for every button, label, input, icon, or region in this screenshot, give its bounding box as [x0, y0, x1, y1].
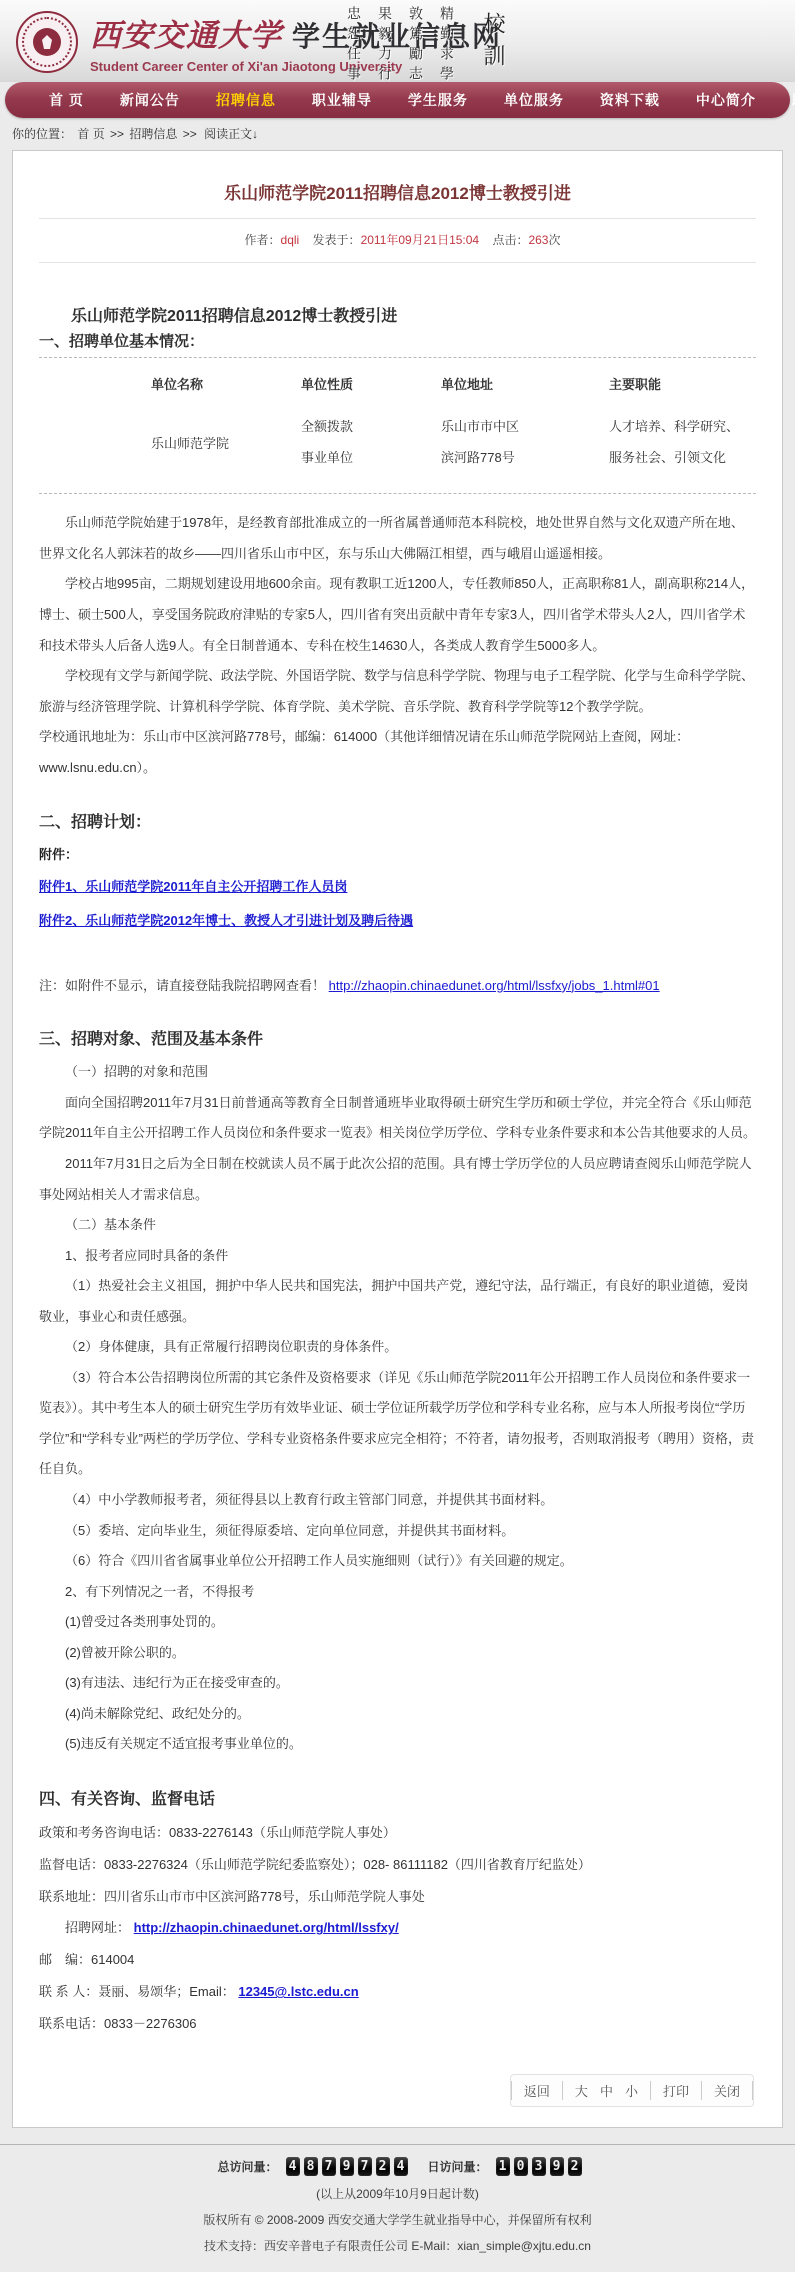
paragraph: 乐山师范学院始建于1978年，是经教育部批准成立的一所省属普通师范本科院校，地处… [39, 508, 756, 569]
daily-visits-label: 日访问量： [428, 2158, 488, 2175]
contact-line: 政策和考务咨询电话：0833-2276143（乐山师范学院人事处） [39, 1817, 756, 1849]
paragraph: 1、报考者应同时具备的条件 [39, 1241, 756, 1272]
cell-unit-name: 乐山师范学院 [151, 411, 301, 473]
paragraph: （2）身体健康，具有正常履行招聘岗位职责的身体条件。 [39, 1332, 756, 1363]
paragraph: (4)尚未解除党纪、政纪处分的。 [39, 1699, 756, 1730]
motto-column: 敦篤勵志 [405, 6, 425, 82]
breadcrumb-prefix: 你的位置： [12, 127, 72, 141]
motto-column: 精勤求學 [436, 6, 456, 82]
section3-heading: 三、招聘对象、范围及基本条件 [39, 1026, 756, 1049]
sub-heading: （一）招聘的对象和范围 [39, 1057, 756, 1088]
contact-line: 联系地址：四川省乐山市市中区滨河路778号，乐山师范学院人事处 [39, 1881, 756, 1913]
date-value: 2011年09月21日15:04 [361, 233, 480, 247]
hits-label: 点击： [492, 233, 528, 247]
nav-item-jobs[interactable]: 招聘信息 [198, 90, 294, 110]
sub-heading: （二）基本条件 [39, 1210, 756, 1241]
cell-line: 滨河路778号 [441, 442, 609, 473]
article-meta: 作者：dqli 发表于：2011年09月21日15:04 点击：263次 [39, 231, 756, 248]
paragraph: (3)有违法、违纪行为正在接受审查的。 [39, 1668, 756, 1699]
counter-digit: 9 [550, 2157, 564, 2176]
hits-suffix: 次 [548, 233, 560, 247]
counter-digit: 2 [376, 2157, 390, 2176]
breadcrumb: 你的位置： 首 页 >> 招聘信息 >> 阅读正文↓ [0, 118, 795, 148]
paragraph: 面向全国招聘2011年7月31日前普通高等教育全日制普通班毕业取得硕士研究生学历… [39, 1088, 756, 1149]
contact-line: 招聘网址： http://zhaopin.chinaedunet.org/htm… [39, 1912, 756, 1944]
date-label: 发表于： [313, 233, 361, 247]
unit-info-table: 单位名称 单位性质 单位地址 主要职能 乐山师范学院 全额拨款 事业单位 乐山市… [39, 357, 756, 494]
section4-heading: 四、有关咨询、监督电话 [39, 1786, 756, 1809]
attachment-link-2[interactable]: 附件2、乐山师范学院2012年博士、教授人才引进计划及聘后待遇 [39, 904, 413, 938]
nav-item-news[interactable]: 新闻公告 [102, 90, 198, 110]
main-nav: 首 页 新闻公告 招聘信息 职业辅导 学生服务 单位服务 资料下载 中心简介 助… [5, 82, 790, 118]
recruit-site-link[interactable]: http://zhaopin.chinaedunet.org/html/lssf… [134, 1920, 399, 1935]
counter-note: (以上从2009年10月9日起计数) [0, 2185, 795, 2202]
paragraph: (1)曾受过各类刑事处罚的。 [39, 1607, 756, 1638]
contact-line: 联系电话：0833－2276306 [39, 2008, 756, 2040]
cell-line: 全额拨款 [301, 411, 441, 442]
counter-digit: 4 [286, 2157, 300, 2176]
total-visits-label: 总访问量： [217, 2158, 277, 2175]
paragraph: (2)曾被开除公职的。 [39, 1638, 756, 1669]
paragraph: 学校占地995亩，二期规划建设用地600余亩。现有教职工近1200人，专任教师8… [39, 569, 756, 661]
university-seal-icon [16, 11, 78, 73]
contact-line: 邮 编：614004 [39, 1944, 756, 1976]
cell-line: 乐山市市中区 [441, 411, 609, 442]
visit-counters: 总访问量： 4 8 7 9 7 2 4 日访问量： 1 0 3 9 2 [0, 2157, 795, 2176]
paragraph: （5）委培、定向毕业生，须征得原委培、定向单位同意，并提供其书面材料。 [39, 1516, 756, 1547]
nav-item-employer-services[interactable]: 单位服务 [486, 90, 582, 110]
print-button[interactable]: 打印 [663, 2081, 689, 2100]
counter-digit: 1 [496, 2157, 510, 2176]
divider [39, 262, 756, 263]
nav-item-student-services[interactable]: 学生服务 [390, 90, 486, 110]
body-title: 乐山师范学院2011招聘信息2012博士教授引进 [39, 303, 756, 326]
cell-line: 服务社会、引领文化 [609, 442, 756, 473]
contact-email-link[interactable]: 12345@.lstc.edu.cn [238, 1984, 358, 1999]
table-header-row: 单位名称 单位性质 单位地址 主要职能 [151, 374, 756, 393]
col-header-main-functions: 主要职能 [609, 374, 756, 393]
tech-support-text: 技术支持：西安辛普电子有限责任公司 E-Mail：xian_simple@xjt… [0, 2237, 795, 2254]
nav-item-assist-association[interactable]: 助导协会 [774, 90, 795, 110]
copyright-text: 版权所有 © 2008-2009 西安交通大学学生就业指导中心，并保留所有权利 [0, 2211, 795, 2228]
counter-digit: 9 [340, 2157, 354, 2176]
counter-digit: 2 [568, 2157, 582, 2176]
counter-digit: 8 [304, 2157, 318, 2176]
author-label: 作者： [245, 233, 281, 247]
font-medium-button[interactable]: 中 [600, 2081, 613, 2100]
motto-label: 校訓 [477, 12, 508, 76]
section1-heading: 一、招聘单位基本情况： [39, 330, 756, 351]
page: 西安交通大学 学生就业信息网 Student Career Center of … [0, 0, 795, 2272]
university-name: 西安交通大学 [90, 10, 282, 55]
site-label: 招聘网址： [65, 1920, 130, 1935]
cell-line: 人才培养、科学研究、 [609, 411, 756, 442]
cell-line: 事业单位 [301, 442, 441, 473]
breadcrumb-section-link[interactable]: 招聘信息 [129, 127, 177, 141]
paragraph: （3）符合本公告招聘岗位所需的其它条件及资格要求（详见《乐山师范学院2011年公… [39, 1363, 756, 1485]
paragraph: （1）热爱社会主义祖国，拥护中华人民共和国宪法，拥护中国共产党，遵纪守法，品行端… [39, 1271, 756, 1332]
cell-unit-address: 乐山市市中区 滨河路778号 [441, 411, 609, 473]
paragraph: （4）中小学教师报考者，须征得县以上教育行政主管部门同意，并提供其书面材料。 [39, 1485, 756, 1516]
note-text: 注：如附件不显示，请直接登陆我院招聘网查看！ [39, 978, 325, 993]
divider [39, 218, 756, 219]
jobs-page-link[interactable]: http://zhaopin.chinaedunet.org/html/lssf… [329, 978, 660, 993]
motto-column: 果毅力行 [374, 6, 394, 82]
cell-main-functions: 人才培养、科学研究、 服务社会、引领文化 [609, 411, 756, 473]
contact-line: 监督电话：0833-2276324（乐山师范学院纪委监察处）；028- 8611… [39, 1849, 756, 1881]
counter-digit: 0 [514, 2157, 528, 2176]
col-header-unit-name: 单位名称 [151, 374, 301, 393]
contact-line: 联 系 人：聂丽、易颂华；Email： 12345@.lstc.edu.cn [39, 1976, 756, 2008]
breadcrumb-separator: >> [110, 127, 124, 141]
article-toolbar: 返回 大 中 小 打印 关闭 [41, 2074, 754, 2107]
breadcrumb-current: 阅读正文↓ [204, 127, 258, 141]
counter-digit: 7 [358, 2157, 372, 2176]
font-large-button[interactable]: 大 [575, 2081, 588, 2100]
close-button[interactable]: 关闭 [714, 2081, 740, 2100]
site-footer: 总访问量： 4 8 7 9 7 2 4 日访问量： 1 0 3 9 2 (以上从… [0, 2144, 795, 2272]
motto-column: 忠恕任事 [343, 6, 363, 82]
attachment-link-1[interactable]: 附件1、乐山师范学院2011年自主公开招聘工作人员岗 [39, 870, 347, 904]
paragraph: 学校通讯地址为：乐山市中区滨河路778号，邮编：614000（其他详细情况请在乐… [39, 722, 756, 783]
paragraph: （6）符合《四川省省属事业单位公开招聘工作人员实施细则（试行）》有关回避的规定。 [39, 1546, 756, 1577]
nav-item-downloads[interactable]: 资料下载 [582, 90, 678, 110]
nav-item-about-center[interactable]: 中心简介 [678, 90, 774, 110]
paragraph: 2、有下列情况之一者，不得报考 [39, 1577, 756, 1608]
paragraph: 2011年7月31日之后为全日制在校就读人员不属于此次公招的范围。具有博士学历学… [39, 1149, 756, 1210]
hits-value: 263 [528, 233, 548, 247]
col-header-unit-address: 单位地址 [441, 374, 609, 393]
toolbar-box: 返回 大 中 小 打印 关闭 [510, 2074, 754, 2107]
paragraph: (5)违反有关规定不适宜报考事业单位的。 [39, 1729, 756, 1760]
table-row: 乐山师范学院 全额拨款 事业单位 乐山市市中区 滨河路778号 人才培养、科学研… [151, 411, 756, 473]
paragraph: 学校现有文学与新闻学院、政法学院、外国语学院、数学与信息科学学院、物理与电子工程… [39, 661, 756, 722]
author-value: dqli [281, 233, 300, 247]
article-panel: 乐山师范学院2011招聘信息2012博士教授引进 作者：dqli 发表于：201… [12, 150, 783, 2128]
back-button[interactable]: 返回 [524, 2081, 550, 2100]
attachments-label: 附件： [39, 840, 756, 870]
section2-heading: 二、招聘计划： [39, 809, 756, 832]
nav-item-career-guidance[interactable]: 职业辅导 [294, 90, 390, 110]
contact-names: 联 系 人：聂丽、易颂华；Email： [39, 1984, 235, 1999]
breadcrumb-separator: >> [183, 127, 197, 141]
article-title: 乐山师范学院2011招聘信息2012博士教授引进 [39, 179, 756, 204]
counter-digit: 4 [394, 2157, 408, 2176]
cell-unit-nature: 全额拨款 事业单位 [301, 411, 441, 473]
school-motto: 忠恕任事 果毅力行 敦篤勵志 精勤求學 校訓 [343, 6, 779, 82]
nav-item-home[interactable]: 首 页 [31, 90, 102, 110]
col-header-unit-nature: 单位性质 [301, 374, 441, 393]
breadcrumb-home-link[interactable]: 首 页 [77, 127, 104, 141]
site-header: 西安交通大学 学生就业信息网 Student Career Center of … [0, 0, 795, 82]
counter-digit: 7 [322, 2157, 336, 2176]
counter-digit: 3 [532, 2157, 546, 2176]
font-small-button[interactable]: 小 [625, 2081, 638, 2100]
attachment-note: 注：如附件不显示，请直接登陆我院招聘网查看！ http://zhaopin.ch… [39, 972, 756, 1001]
